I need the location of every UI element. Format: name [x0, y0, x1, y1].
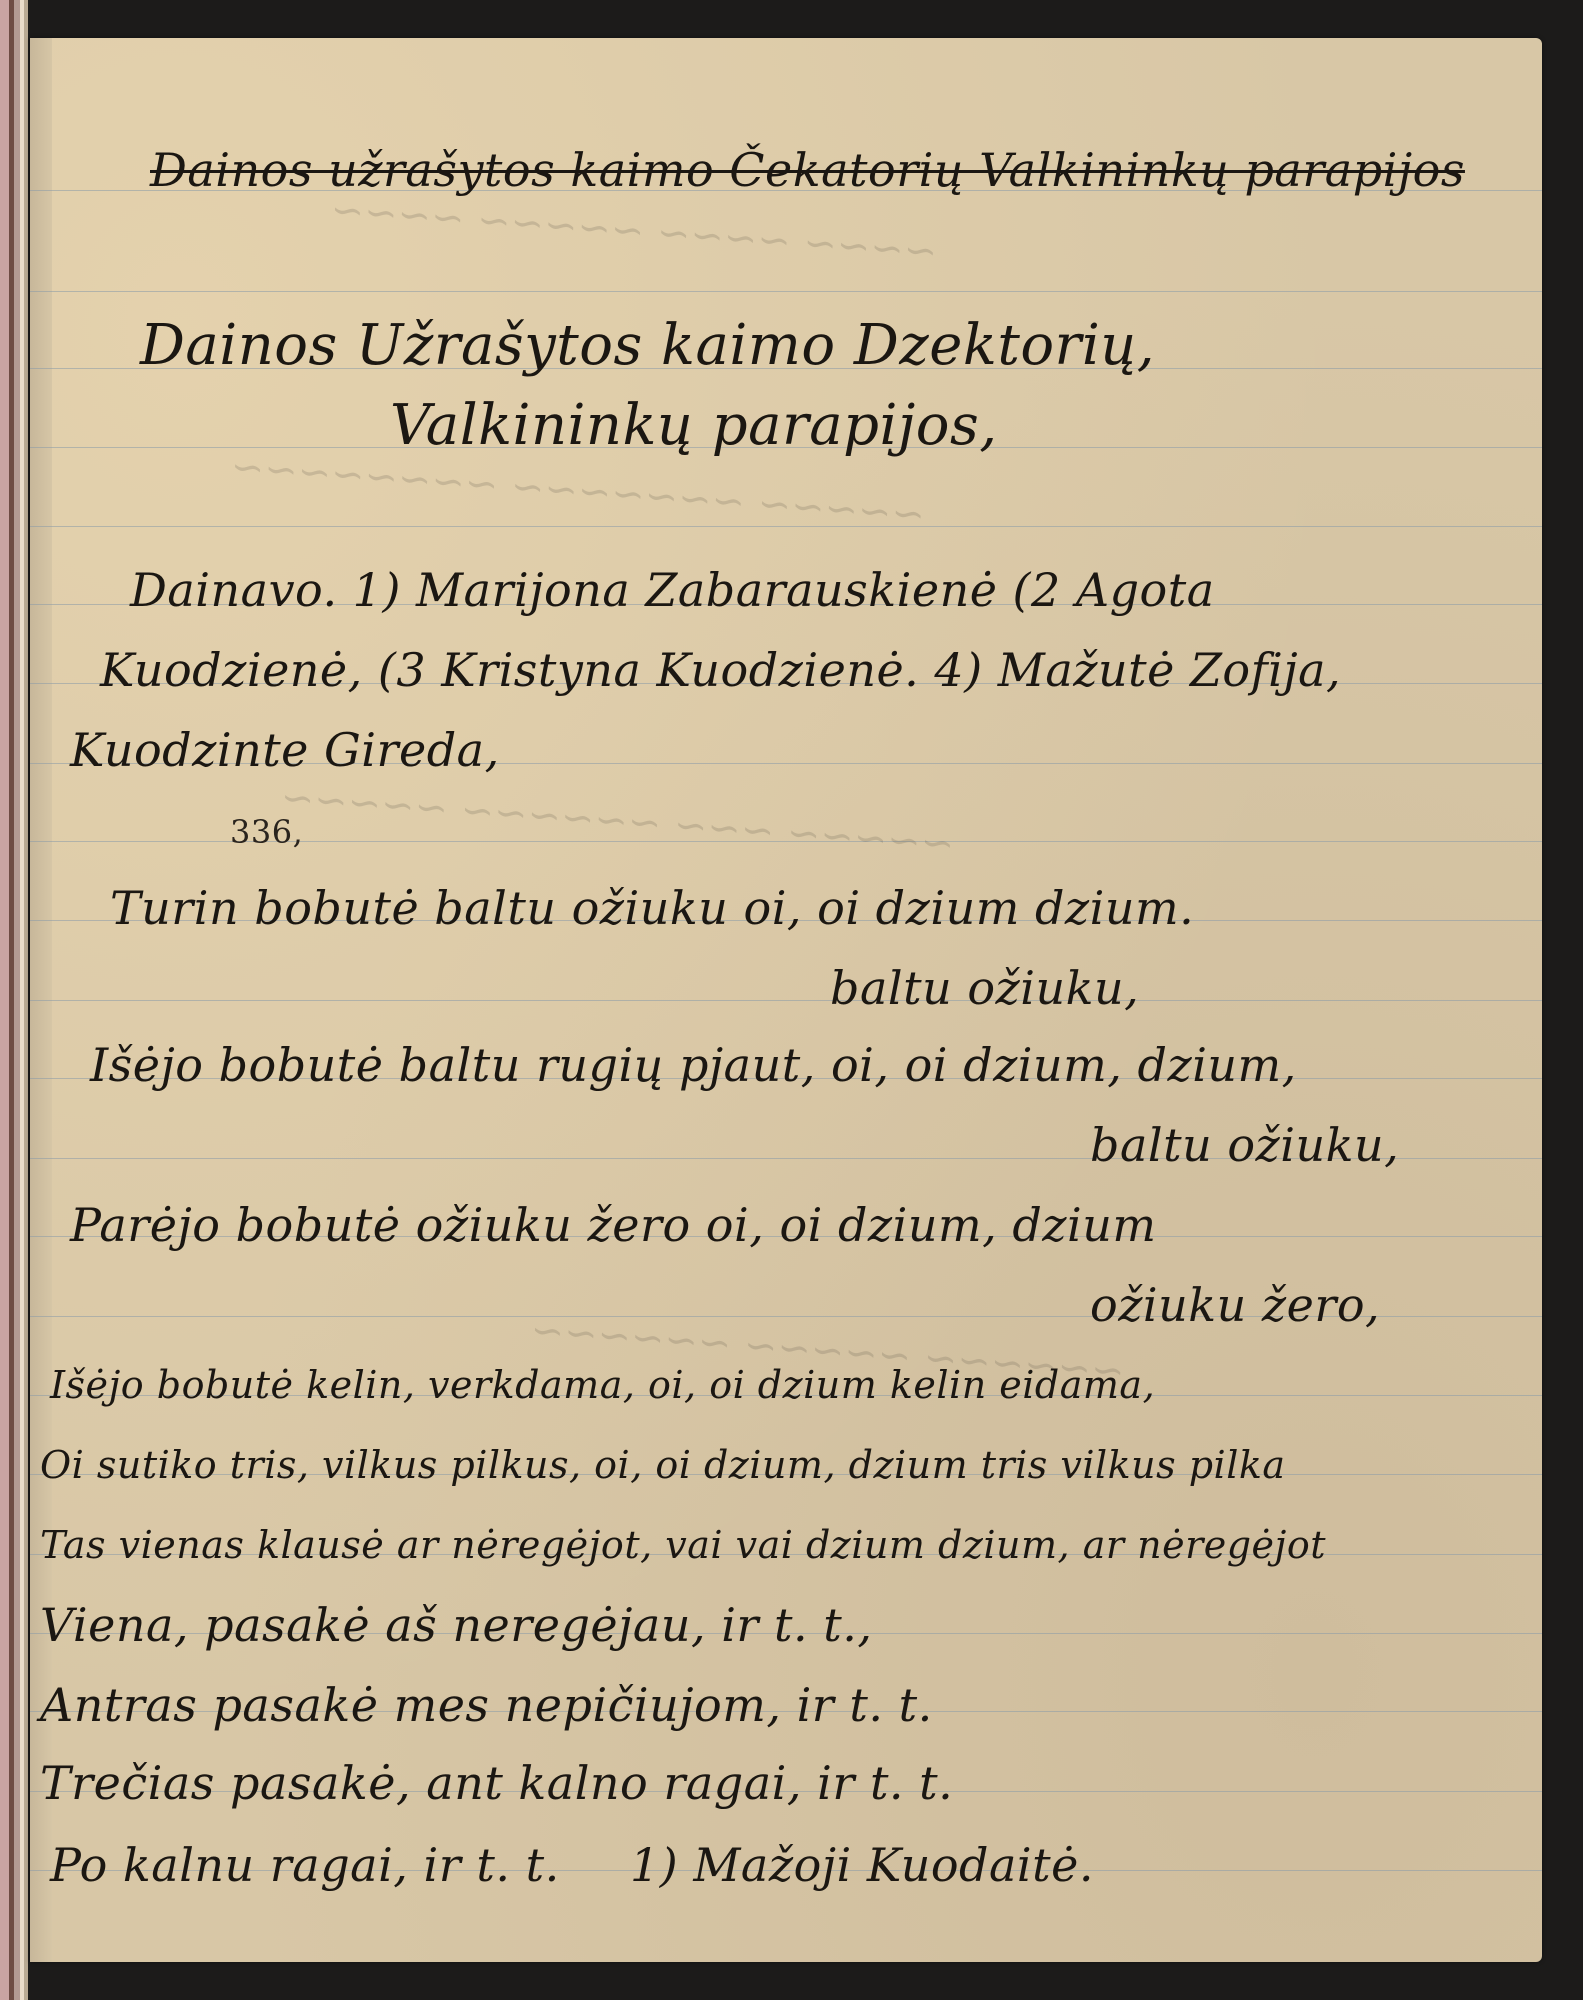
rule-line	[30, 1000, 1542, 1001]
page-title-line-2: Valkininkų parapijos,	[390, 393, 998, 458]
song-line: Turin bobutė baltu ožiuku oi, oi dzium d…	[110, 881, 1194, 935]
song-line: Viena, pasakė aš neregėjau, ir t. t.,	[40, 1598, 872, 1652]
song-line: Išėjo bobutė baltu rugių pjaut, oi, oi d…	[90, 1038, 1297, 1092]
song-line: Po kalnu ragai, ir t. t.	[50, 1838, 560, 1892]
struck-heading: Dainos užrašytos kaimo Čekatorių Valkini…	[150, 143, 1465, 197]
bleed-through-text: ~~~~~ ~~~ ~~~~~~ ~~~~~	[279, 775, 956, 868]
song-number: 336,	[230, 813, 303, 851]
song-line: Oi sutiko tris, vilkus pilkus, oi, oi dz…	[40, 1443, 1286, 1487]
song-line: Trečias pasakė, ant kalno ragai, ir t. t…	[40, 1756, 953, 1810]
singers-line-3: Kuodzinte Gireda,	[70, 723, 500, 777]
song-line: baltu ožiuku,	[830, 961, 1139, 1015]
singers-line-1: Dainavo. 1) Marijona Zabarauskienė (2 Ag…	[130, 563, 1215, 617]
singers-line-2: Kuodzienė, (3 Kristyna Kuodzienė. 4) Maž…	[100, 643, 1341, 697]
song-line: Parėjo bobutė ožiuku žero oi, oi dzium, …	[70, 1198, 1157, 1252]
song-line: baltu ožiuku,	[1090, 1118, 1399, 1172]
rule-line	[30, 526, 1542, 527]
manuscript-page: ~~~~ ~~~~ ~~~~~ ~~~~ ~~~~~ ~~~~~~~ ~~~~~…	[30, 38, 1542, 1962]
song-line: Antras pasakė mes nepičiujom, ir t. t.	[40, 1678, 933, 1732]
rule-line	[30, 291, 1542, 292]
bleed-through-text: ~~~~ ~~~~ ~~~~~ ~~~~	[329, 187, 939, 275]
song-line: Išėjo bobutė kelin, verkdama, oi, oi dzi…	[50, 1363, 1155, 1407]
song-line: Tas vienas klausė ar nėregėjot, vai vai …	[40, 1523, 1326, 1567]
notebook-binding	[0, 0, 28, 2000]
page-title-line-1: Dainos Užrašytos kaimo Dzektorių,	[140, 313, 1155, 378]
signature: 1) Mažoji Kuodaitė.	[630, 1838, 1094, 1892]
song-line: ožiuku žero,	[1090, 1278, 1380, 1332]
